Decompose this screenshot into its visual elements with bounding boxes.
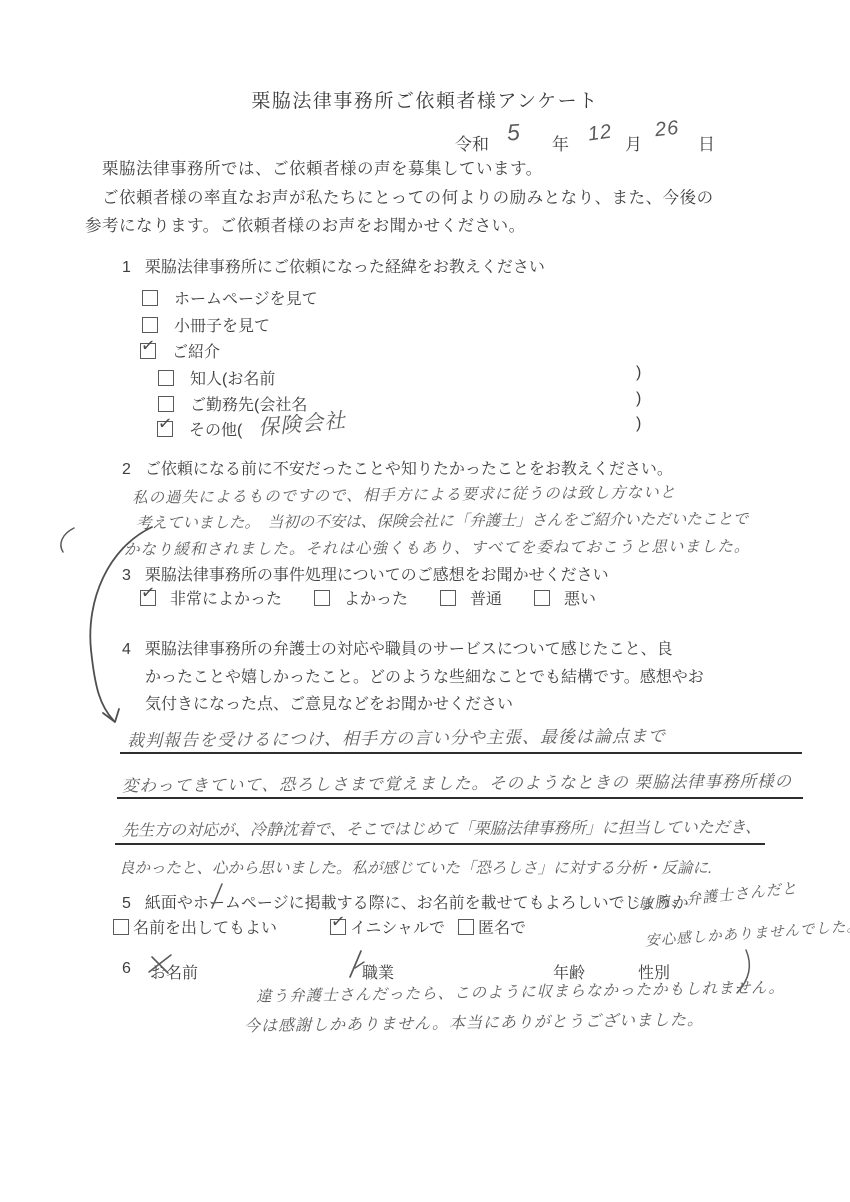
- q6-field-occupation: 職業: [362, 960, 394, 983]
- check-mark-icon: ✓: [140, 583, 156, 601]
- answer-rule: [115, 843, 765, 845]
- q2-answer-line: 考えていました。 当初の不安は、保険会社に「弁護士」さんをご紹介いただいたことで: [136, 507, 748, 533]
- checkbox[interactable]: [440, 590, 456, 606]
- q5-margin-note-line: 〝敏腕〟弁護士さんだと: [621, 877, 798, 916]
- q1-option-referral: ✓ ご紹介: [140, 339, 220, 362]
- option-label: その他(: [189, 417, 242, 440]
- question-5: 5 紙面やホームページに掲載する際に、お名前を載せてもよろしいでしょうか: [122, 890, 689, 913]
- q1-option-booklet: 小冊子を見て: [142, 313, 270, 336]
- question-text: 栗脇法律事務所の事件処理についてのご感想をお聞かせください: [145, 562, 609, 585]
- question-text: 栗脇法律事務所の弁護士の対応や職員のサービスについて感じたこと、良: [145, 636, 673, 659]
- q6-answer-line: 今は感謝しかありません。本当にありがとうございました。: [244, 1007, 704, 1036]
- q4-answer-line: 良かったと、心から思いました。私が感じていた「恐ろしさ」に対する分析・反論に.: [119, 856, 712, 878]
- answer-rule: [117, 797, 803, 799]
- intro-line: 参考になります。ご依頼者様のお声をお聞かせください。: [85, 212, 526, 236]
- q1-sub-option-acquaintance: 知人(お名前: [158, 366, 275, 389]
- q1-option-homepage: ホームページを見て: [142, 286, 318, 309]
- q3-options-row: ✓ 非常によかった よかった 普通 悪い: [140, 586, 596, 609]
- option-label: 普通: [470, 586, 502, 609]
- checkbox-checked[interactable]: ✓: [140, 590, 156, 606]
- question-4: 4 栗脇法律事務所の弁護士の対応や職員のサービスについて感じたこと、良: [122, 636, 673, 659]
- date-day-handwritten: 26: [654, 117, 681, 142]
- q1-sub-option-other: ✓ その他(: [157, 417, 242, 440]
- option-label: 匿名で: [478, 915, 526, 938]
- option-label: 知人(お名前: [190, 366, 275, 389]
- q2-answer-line: 私の過失によるものですので、相手方による要求に従うのは致し方ないと: [132, 480, 676, 508]
- checkbox-checked[interactable]: ✓: [140, 343, 156, 359]
- date-month-label: 月: [625, 130, 642, 155]
- q4-answer-line: 変わってきていて、恐ろしさまで覚えました。そのようなときの 栗脇法律事務所様の: [122, 768, 792, 797]
- date-month-handwritten: 12: [587, 120, 614, 146]
- checkbox[interactable]: [534, 590, 550, 606]
- q6-field-name: お名前: [150, 960, 198, 983]
- q5-option-initials: ✓ イニシャルで: [330, 915, 445, 938]
- checkbox[interactable]: [158, 370, 174, 386]
- close-paren: ): [636, 415, 641, 433]
- question-number: 5: [122, 895, 131, 913]
- question-number: 4: [122, 641, 131, 659]
- date-year-handwritten: 5: [506, 119, 522, 147]
- date-year-label: 年: [552, 130, 569, 155]
- checkbox[interactable]: [458, 919, 474, 935]
- checkbox[interactable]: [158, 396, 174, 412]
- checkbox[interactable]: [142, 317, 158, 333]
- q6-answer-line: 違う弁護士さんだったら、このように収まらなかったかもしれません。: [256, 975, 785, 1006]
- checkbox[interactable]: [113, 919, 129, 935]
- question-3: 3 栗脇法律事務所の事件処理についてのご感想をお聞かせください: [122, 562, 609, 585]
- question-text: かったことや嬉しかったこと。どのような些細なことでも結構です。感想やお: [145, 664, 704, 687]
- question-number: 3: [122, 567, 131, 585]
- option-label: ご紹介: [172, 339, 220, 362]
- option-label: 非常によかった: [170, 586, 282, 609]
- date-day-label: 日: [698, 130, 715, 155]
- margin-curl: [61, 528, 74, 552]
- q5-option-anonymous: 匿名で: [458, 915, 526, 938]
- question-2: 2 ご依頼になる前に不安だったことや知りたかったことをお教えください。: [122, 456, 673, 479]
- close-paren: ): [636, 390, 641, 408]
- check-mark-icon: ✓: [330, 912, 346, 930]
- checkbox-checked[interactable]: ✓: [157, 421, 173, 437]
- question-text: ご依頼になる前に不安だったことや知りたかったことをお教えください。: [145, 456, 673, 479]
- option-label: 名前を出してもよい: [133, 915, 277, 938]
- q4-answer-line: 先生方の対応が、冷静沈着で、そこではじめて「栗脇法律事務所」に担当していただき、: [122, 814, 761, 840]
- q4-answer-line: 裁判報告を受けるにつけ、相手方の言い分や主張、最後は論点まで: [127, 722, 666, 752]
- q2-answer-line: かなり緩和されました。それは心強くもあり、すべてを委ねておこうと思いました。: [124, 534, 750, 559]
- question-number: 6: [122, 960, 131, 978]
- page-title: 栗脇法律事務所ご依頼者様アンケート: [0, 86, 850, 113]
- option-label: 小冊子を見て: [174, 313, 270, 336]
- q1-other-handwritten-answer: 保険会社: [257, 404, 347, 442]
- option-label: ホームページを見て: [174, 286, 318, 309]
- close-paren: ): [636, 364, 641, 382]
- check-mark-icon: ✓: [157, 414, 173, 432]
- question-1: 1 栗脇法律事務所にご依頼になった経緯をお教えください: [122, 254, 545, 277]
- scanned-survey-page: { "document": { "title": "栗脇法律事務所ご依頼者様アン…: [0, 0, 850, 1202]
- checkbox-checked[interactable]: ✓: [330, 919, 346, 935]
- intro-line: 栗脇法律事務所では、ご依頼者様の声を募集しています。: [85, 155, 543, 179]
- intro-line: ご依頼者様の率直なお声が私たちにとっての何よりの励みとなり、また、今後の: [85, 184, 714, 208]
- checkbox[interactable]: [314, 590, 330, 606]
- question-text: 栗脇法律事務所にご依頼になった経緯をお教えください: [145, 254, 545, 277]
- option-label: 悪い: [564, 586, 596, 609]
- q5-option-realname: 名前を出してもよい: [113, 915, 277, 938]
- question-text: 気付きになった点、ご意見などをお聞かせください: [145, 691, 513, 714]
- question-number: 1: [122, 259, 131, 277]
- question-text: 紙面やホームページに掲載する際に、お名前を載せてもよろしいでしょうか: [145, 890, 689, 913]
- date-era-label: 令和: [455, 130, 489, 155]
- option-label: よかった: [344, 586, 408, 609]
- checkbox[interactable]: [142, 290, 158, 306]
- q5-margin-note-line: 安心感しかありませんでした。: [645, 914, 850, 950]
- option-label: イニシャルで: [350, 915, 445, 938]
- question-number: 2: [122, 461, 131, 479]
- answer-rule: [120, 752, 802, 754]
- check-mark-icon: ✓: [140, 336, 156, 354]
